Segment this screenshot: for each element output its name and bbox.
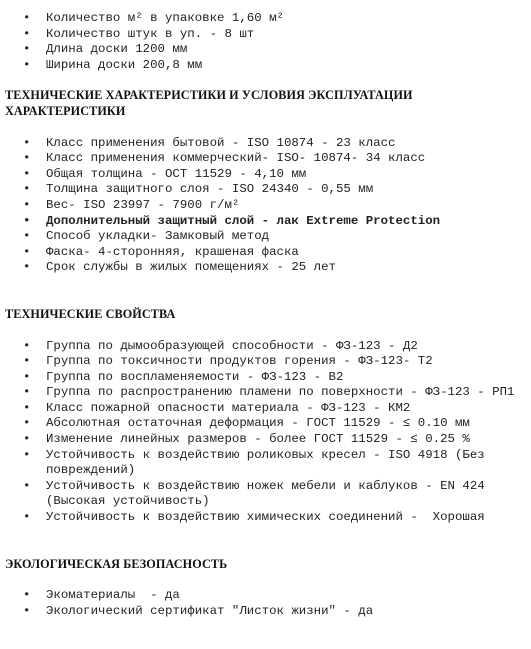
list-item: •Группа по дымообразующей способности - …	[5, 339, 531, 355]
section-heading-ecological-safety: ЭКОЛОГИЧЕСКАЯ БЕЗОПАСНОСТЬ	[5, 557, 531, 573]
list-item: •Экологический сертификат "Листок жизни"…	[5, 604, 531, 620]
list-item: •Толщина защитного слоя - ISO 24340 - 0,…	[5, 182, 531, 198]
packaging-list: •Количество м² в упаковке 1,60 м² •Колич…	[5, 11, 531, 73]
bullet-icon: •	[23, 136, 30, 152]
bullet-icon: •	[23, 354, 30, 370]
technical-characteristics-list: •Класс применения бытовой - ISO 10874 - …	[5, 136, 531, 276]
bullet-icon: •	[23, 385, 30, 401]
list-item: •Класс пожарной опасности материала - ФЗ…	[5, 401, 531, 417]
bullet-icon: •	[23, 448, 30, 464]
list-item: •Фаска- 4-сторонняя, крашеная фаска	[5, 245, 531, 261]
bullet-icon: •	[23, 588, 30, 604]
list-item: •Группа по токсичности продуктов горения…	[5, 354, 531, 370]
bullet-icon: •	[23, 11, 30, 27]
list-item: •Устойчивость к воздействию роликовых кр…	[5, 448, 531, 479]
bullet-icon: •	[23, 432, 30, 448]
list-item: •Группа по распространению пламени по по…	[5, 385, 531, 401]
section-heading-technical-properties: ТЕХНИЧЕСКИЕ СВОЙСТВА	[5, 307, 531, 323]
list-item: •Изменение линейных размеров - более ГОС…	[5, 432, 531, 448]
bullet-icon: •	[23, 229, 30, 245]
list-item: •Группа по воспламеняемости - ФЗ-123 - В…	[5, 370, 531, 386]
list-item: •Срок службы в жилых помещениях - 25 лет	[5, 260, 531, 276]
bullet-icon: •	[23, 198, 30, 214]
list-item: •Экоматериалы - да	[5, 588, 531, 604]
list-item: •Длина доски 1200 мм	[5, 42, 531, 58]
bullet-icon: •	[23, 151, 30, 167]
bullet-icon: •	[23, 260, 30, 276]
bullet-icon: •	[23, 370, 30, 386]
list-item: •Устойчивость к воздействию химических с…	[5, 510, 531, 526]
list-item-highlighted: •Дополнительный защитный слой - лак Extr…	[5, 214, 531, 230]
bullet-icon: •	[23, 479, 30, 495]
bullet-icon: •	[23, 245, 30, 261]
bullet-icon: •	[23, 401, 30, 417]
list-item: •Абсолютная остаточная деформация - ГОСТ…	[5, 416, 531, 432]
bullet-icon: •	[23, 42, 30, 58]
technical-properties-list: •Группа по дымообразующей способности - …	[5, 339, 531, 526]
list-item: •Вес- ISO 23997 - 7900 г/м²	[5, 198, 531, 214]
list-item: •Устойчивость к воздействию ножек мебели…	[5, 479, 531, 510]
section-heading-technical-characteristics: ТЕХНИЧЕСКИЕ ХАРАКТЕРИСТИКИ И УСЛОВИЯ ЭКС…	[5, 88, 531, 119]
list-item: •Количество м² в упаковке 1,60 м²	[5, 11, 531, 27]
list-item: •Общая толщина - ОСТ 11529 - 4,10 мм	[5, 167, 531, 183]
bullet-icon: •	[23, 214, 30, 230]
bullet-icon: •	[23, 416, 30, 432]
bullet-icon: •	[23, 167, 30, 183]
bullet-icon: •	[23, 510, 30, 526]
bullet-icon: •	[23, 182, 30, 198]
product-spec-document: •Количество м² в упаковке 1,60 м² •Колич…	[5, 11, 531, 619]
bullet-icon: •	[23, 58, 30, 74]
ecological-safety-list: •Экоматериалы - да •Экологический сертиф…	[5, 588, 531, 619]
list-item: •Количество штук в уп. - 8 шт	[5, 27, 531, 43]
list-item: •Класс применения бытовой - ISO 10874 - …	[5, 136, 531, 152]
bullet-icon: •	[23, 339, 30, 355]
list-item: •Ширина доски 200,8 мм	[5, 58, 531, 74]
list-item: •Класс применения коммерческий- ISO- 108…	[5, 151, 531, 167]
bullet-icon: •	[23, 604, 30, 620]
bullet-icon: •	[23, 27, 30, 43]
list-item: •Способ укладки- Замковый метод	[5, 229, 531, 245]
